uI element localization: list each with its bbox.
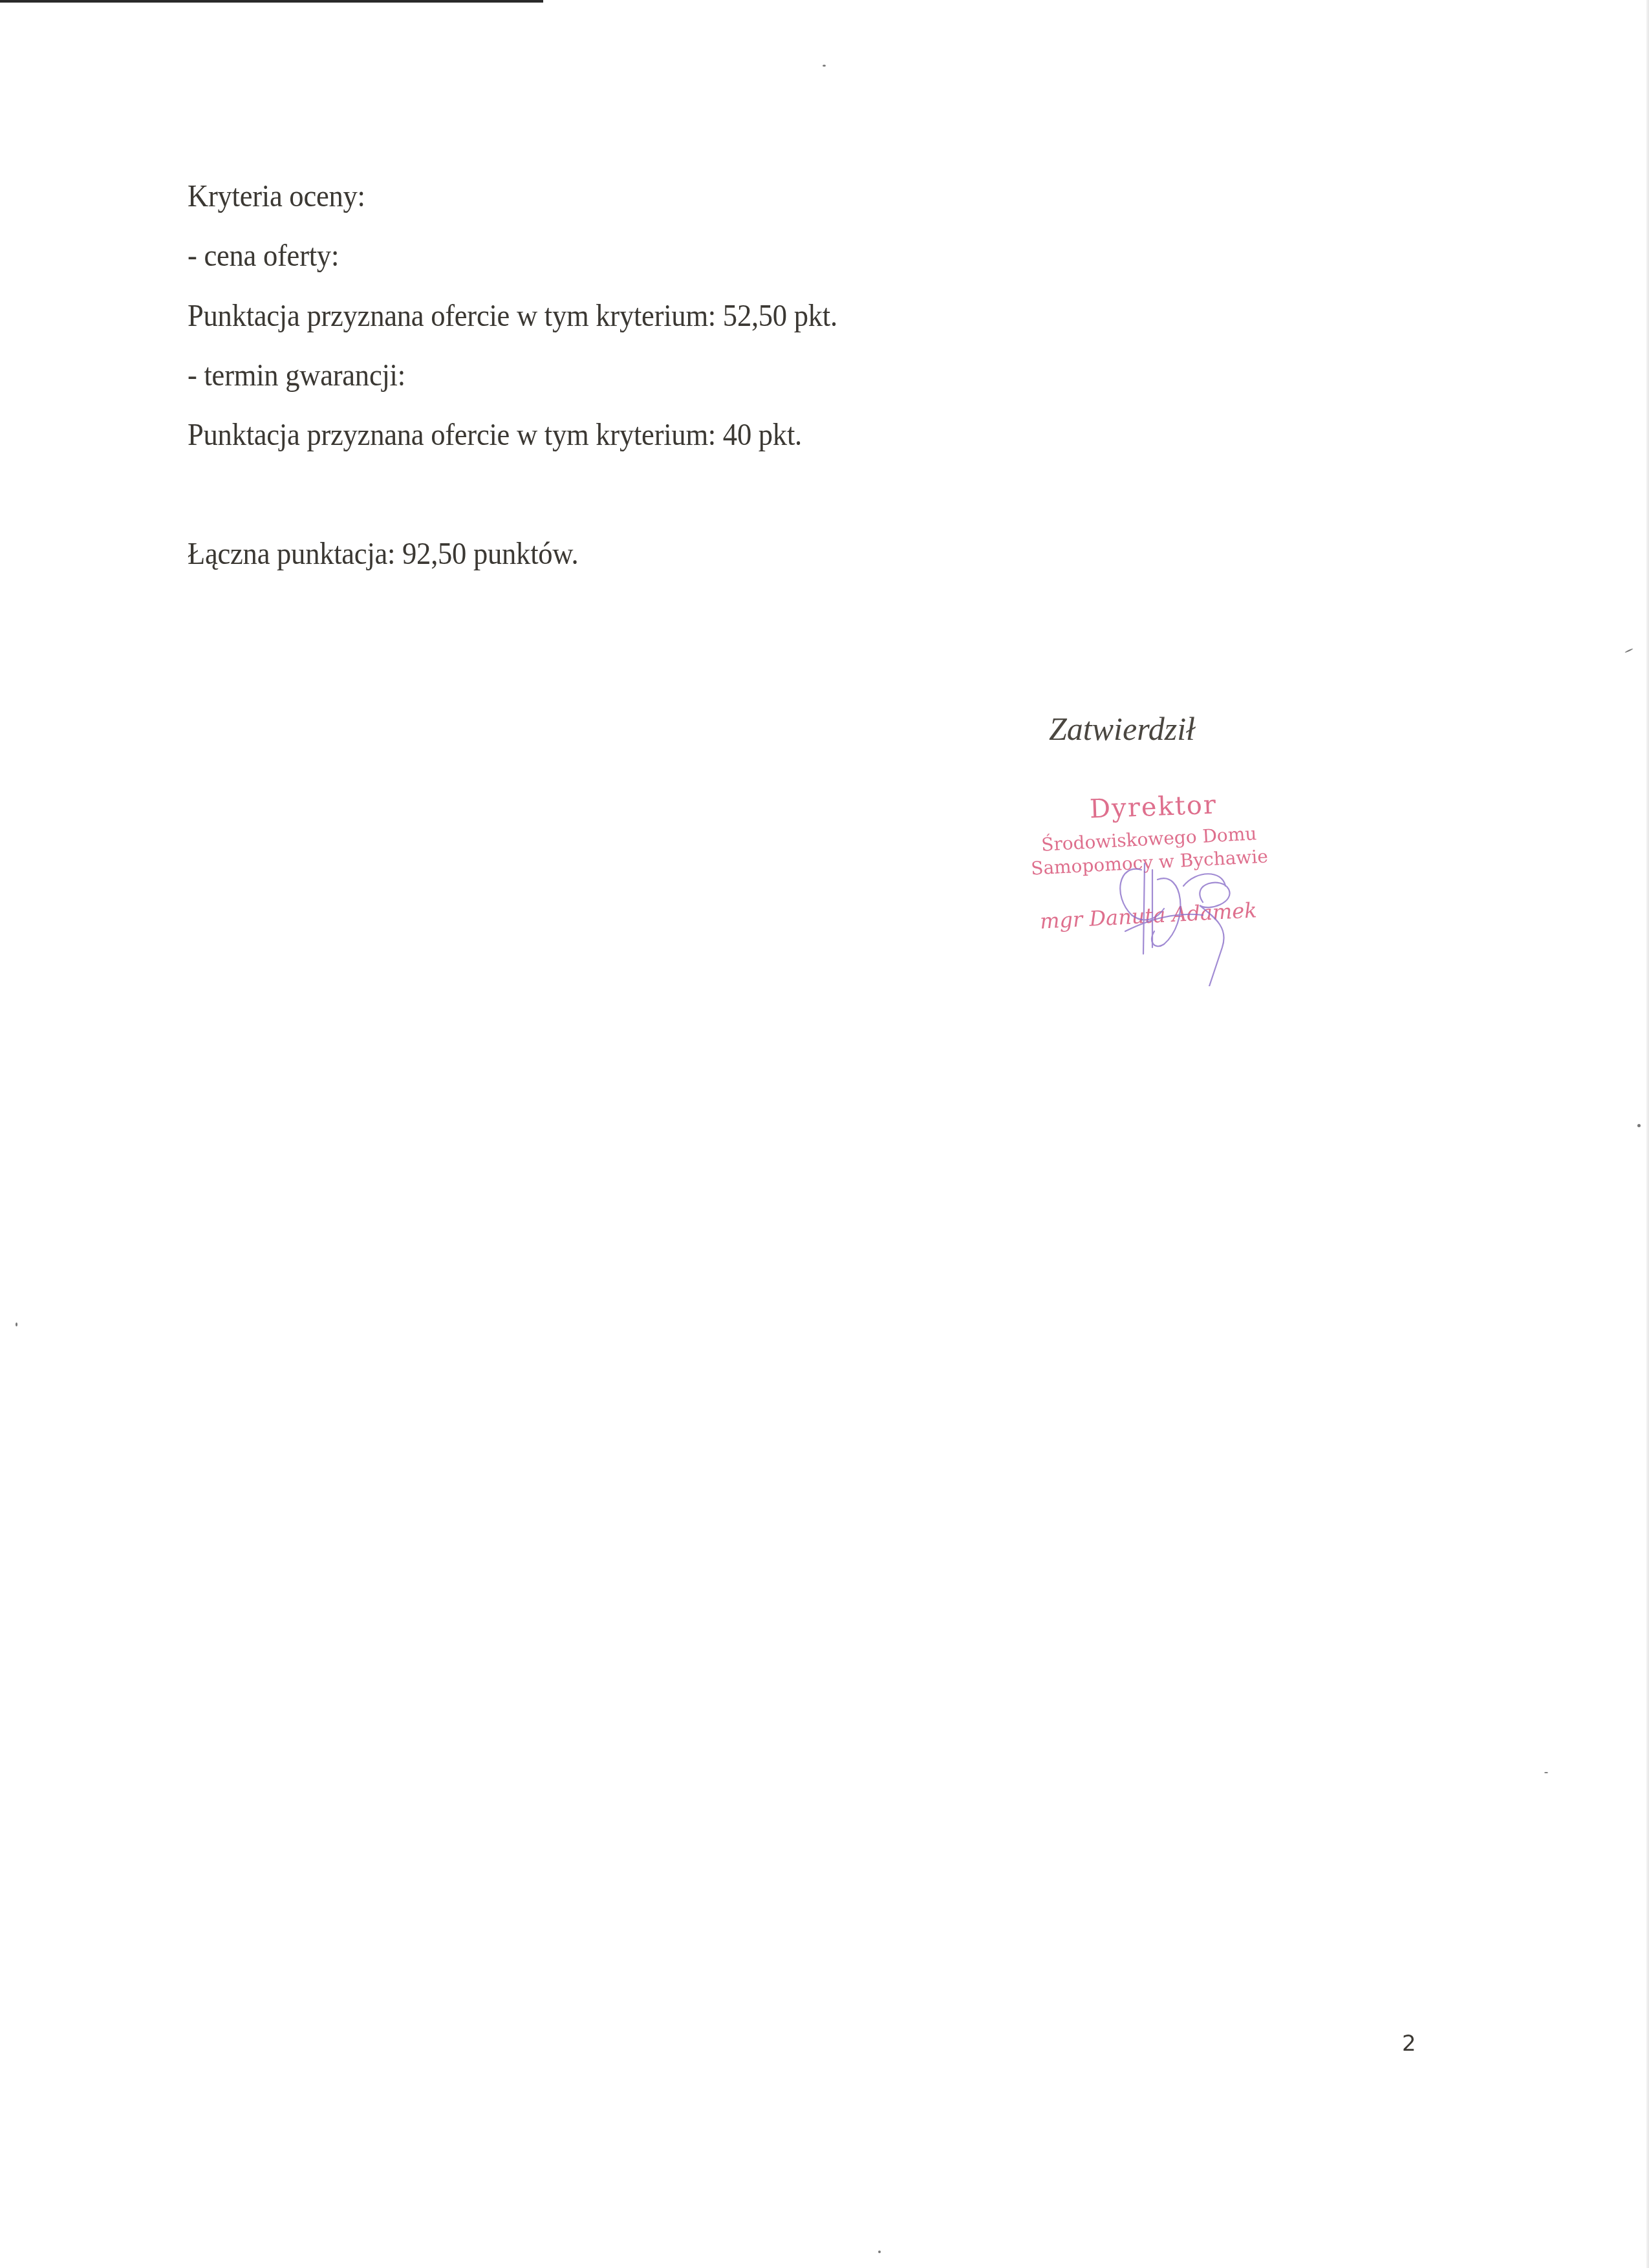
scan-speck	[1544, 1772, 1548, 1773]
criteria-heading: Kryteria oceny:	[188, 181, 365, 212]
scan-speck	[823, 65, 826, 67]
criterion-warranty-score: Punktacja przyznana ofercie w tym kryter…	[188, 420, 802, 451]
scan-edge-top	[0, 0, 543, 3]
scan-edge-right	[1646, 0, 1649, 2268]
signature-icon	[1028, 792, 1306, 986]
criterion-warranty-label: - termin gwarancji:	[188, 360, 405, 391]
criterion-price-label: - cena oferty:	[188, 241, 339, 272]
scan-speck	[16, 1323, 17, 1326]
scan-speck	[878, 2251, 881, 2253]
scan-speck	[1637, 1124, 1641, 1127]
criterion-price-score: Punktacja przyznana ofercie w tym kryter…	[188, 301, 837, 332]
director-stamp: Dyrektor Środowiskowego Domu Samopomocy …	[1028, 792, 1306, 986]
page-number: 2	[1402, 2031, 1416, 2057]
scan-speck	[1624, 648, 1633, 653]
approval-label: Zatwierdził	[1049, 710, 1195, 748]
total-score: Łączna punktacja: 92,50 punktów.	[188, 539, 578, 570]
